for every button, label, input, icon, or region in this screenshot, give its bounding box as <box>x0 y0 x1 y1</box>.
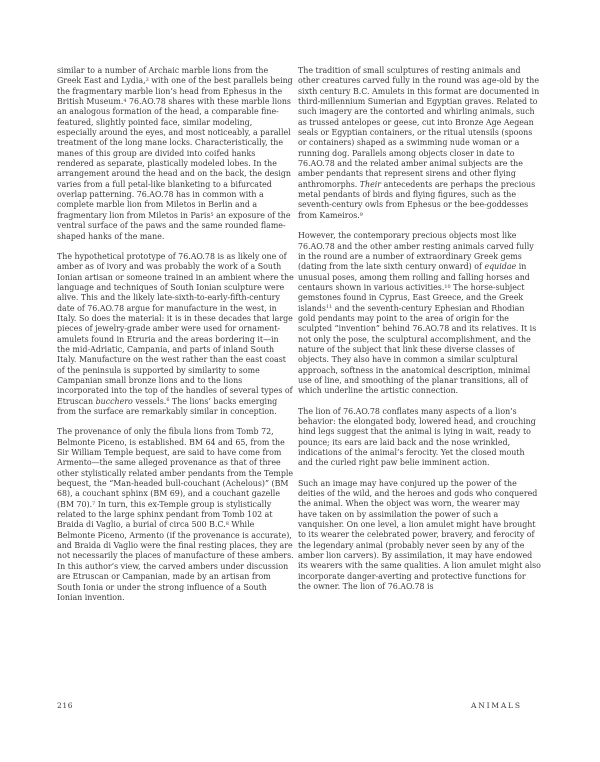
text-run: vessels. <box>133 397 167 406</box>
footnote-reference: 10 <box>444 284 450 290</box>
text-run: and the seventh-century Ephesian and Rho… <box>298 304 536 396</box>
text-column-right: The tradition of small sculptures of res… <box>298 66 541 603</box>
book-page: similar to a number of Archaic marble li… <box>0 0 600 762</box>
paragraph: The lion of 76.AO.78 conflates many aspe… <box>298 407 541 469</box>
text-run: bucchero <box>96 397 133 406</box>
footnote-reference: 3 <box>146 77 149 83</box>
paragraph: The hypothetical prototype of 76.AO.78 i… <box>57 252 294 418</box>
text-run: The provenance of only the fibula lions … <box>57 427 293 508</box>
footnote-reference: 8 <box>226 521 229 527</box>
footnote-reference: 4 <box>123 98 126 104</box>
text-run: While Belmonte Piceno, Armento (if the p… <box>57 520 294 601</box>
text-run: The lion of 76.AO.78 conflates many aspe… <box>298 407 536 468</box>
text-run: 76.AO.78 shares with these marble lions … <box>57 97 291 220</box>
text-column-left: similar to a number of Archaic marble li… <box>57 66 294 613</box>
paragraph: The provenance of only the fibula lions … <box>57 427 294 603</box>
paragraph: Such an image may have conjured up the p… <box>298 479 541 593</box>
page-number: 216 <box>57 701 73 710</box>
footnote-reference: 7 <box>92 501 95 507</box>
text-run: The tradition of small sculptures of res… <box>298 66 539 189</box>
running-head: ANIMALS <box>471 701 522 710</box>
text-run: The hypothetical prototype of 76.AO.78 i… <box>57 252 294 406</box>
footnote-reference: 9 <box>360 212 363 218</box>
paragraph: The tradition of small sculptures of res… <box>298 66 541 221</box>
paragraph: However, the contemporary precious objec… <box>298 231 541 397</box>
footnote-reference: 6 <box>166 397 169 403</box>
text-run: equidae <box>484 262 516 271</box>
paragraph: similar to a number of Archaic marble li… <box>57 66 294 242</box>
text-run: Such an image may have conjured up the p… <box>298 479 541 591</box>
footnote-reference: 11 <box>326 304 332 310</box>
footnote-reference: 5 <box>211 212 214 218</box>
text-run: Their <box>360 180 381 189</box>
